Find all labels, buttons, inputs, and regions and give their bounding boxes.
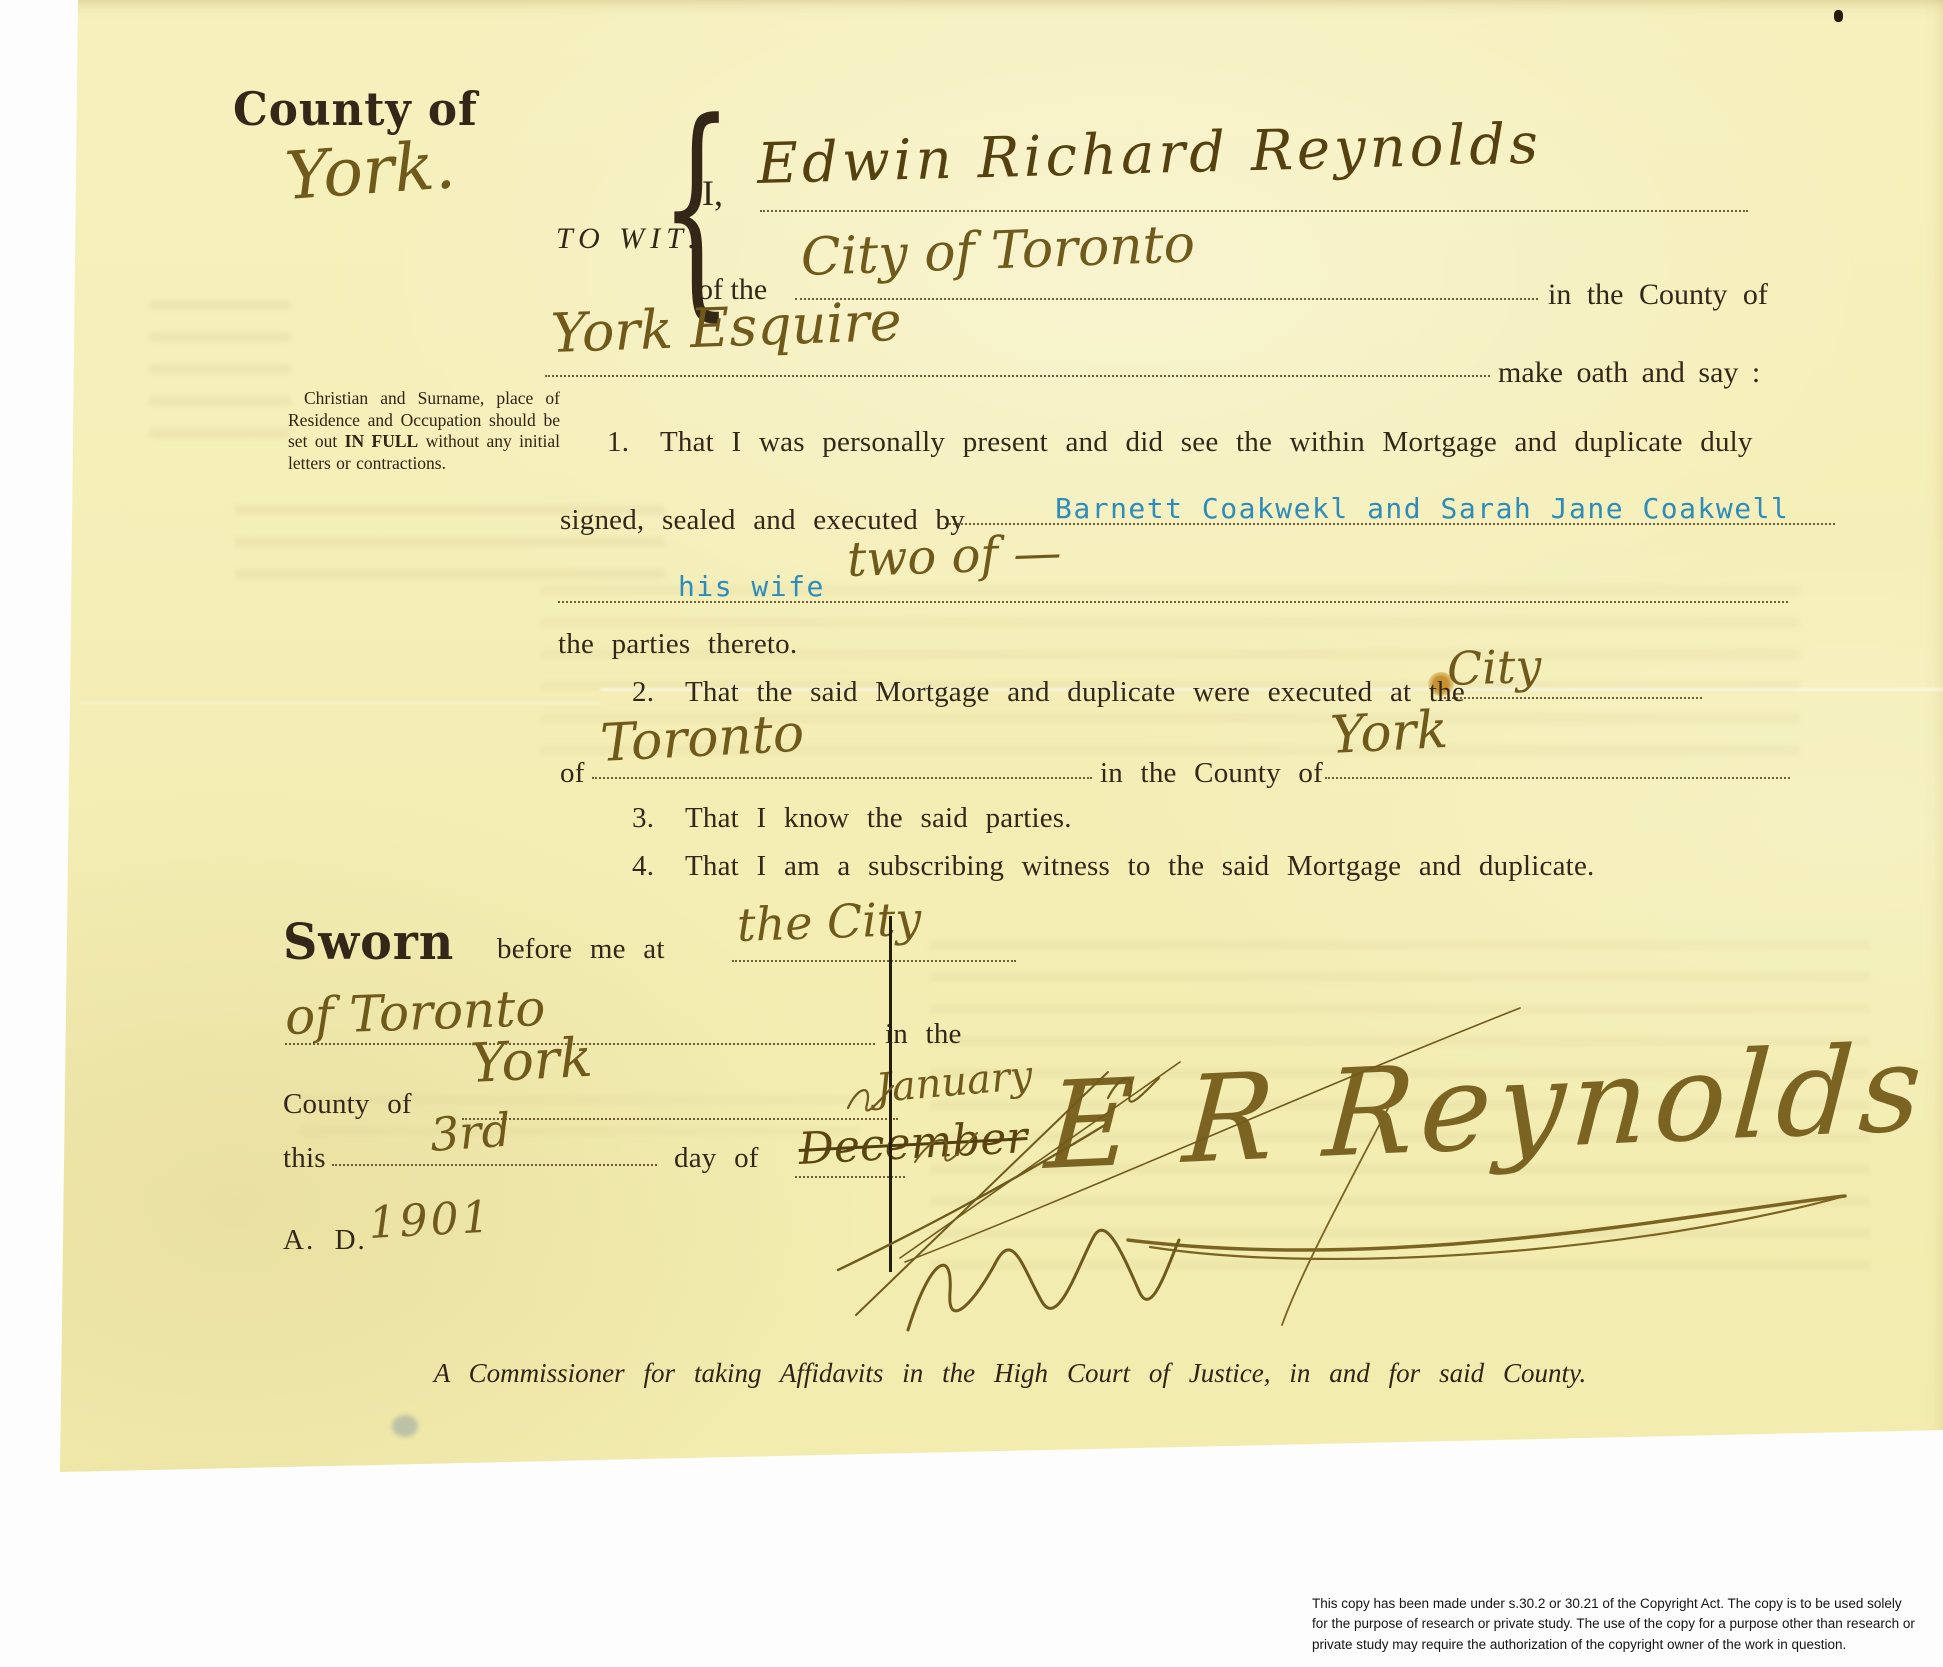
in-county-of-label: in the County of [1548, 278, 1768, 312]
dotted-line [1325, 777, 1790, 779]
margin-instruction: Christian and Surname, place of Residenc… [288, 388, 560, 475]
commissioner-statement: A Commissioner for taking Affidavits in … [320, 1358, 1700, 1389]
clause3-text: That I know the said parties. [685, 802, 1072, 835]
clause4-text: That I am a subscribing witness to the s… [685, 850, 1594, 883]
clause1-parties: the parties thereto. [558, 628, 797, 661]
jurat-bracket-line [889, 916, 892, 1272]
ad-label: A. D. [283, 1224, 367, 1257]
dotted-line [795, 298, 1538, 300]
jurat-day-handwritten: 3rd [428, 1103, 512, 1162]
clause1-line1: That I was personally present and did se… [660, 426, 1753, 459]
jurat-this-label: this [283, 1142, 326, 1175]
jurat-in-the-label: in the [885, 1018, 962, 1051]
paper-speck [1834, 10, 1843, 22]
clause4-number: 4. [632, 850, 654, 883]
place-type-handwritten: City [1446, 639, 1542, 696]
jurat-place1-handwritten: the City [736, 892, 922, 952]
dotted-line [760, 210, 1748, 212]
pencil-smudge [392, 1415, 418, 1437]
affidavit-scan: County of York. TO WIT: { I, Edwin Richa… [0, 0, 1943, 1667]
jurat-county-of-label: County of [283, 1088, 412, 1121]
copyright-notice: This copy has been made under s.30.2 or … [1312, 1594, 1918, 1655]
county2-handwritten: York [1329, 700, 1449, 766]
dotted-line [545, 375, 1490, 377]
clause1-number: 1. [607, 426, 629, 459]
place-handwritten: Toronto [599, 703, 806, 774]
jurat-day-of-label: day of [674, 1142, 759, 1175]
clause2-of-label: of [560, 757, 585, 790]
sworn-heading: Sworn [283, 912, 454, 971]
year-handwritten: 1901 [367, 1192, 493, 1249]
county-handwritten: York. [283, 126, 458, 215]
typed-his-wife: his wife [678, 570, 825, 603]
clause2-in-county-label: in the County of [1100, 757, 1323, 790]
fold-crease [80, 702, 600, 704]
jurat-county-handwritten: York [469, 1026, 594, 1095]
dotted-line [1440, 697, 1702, 699]
clause2-number: 2. [632, 676, 654, 709]
two-of-handwritten: two of — [846, 525, 1062, 588]
dotted-line [462, 1118, 898, 1120]
i-comma: I, [702, 172, 723, 214]
clause3-number: 3. [632, 802, 654, 835]
typed-names: Barnett Coakwekl and Sarah Jane Coakwell [1055, 492, 1789, 525]
dotted-line [732, 960, 1016, 962]
county-esquire-handwritten: York Esquire [550, 290, 903, 365]
make-oath-label: make oath and say : [1498, 356, 1760, 390]
dotted-line [332, 1164, 657, 1166]
margin-text-bold: IN FULL [345, 431, 419, 451]
before-me-at-label: before me at [497, 933, 665, 966]
dotted-line [592, 777, 1092, 779]
